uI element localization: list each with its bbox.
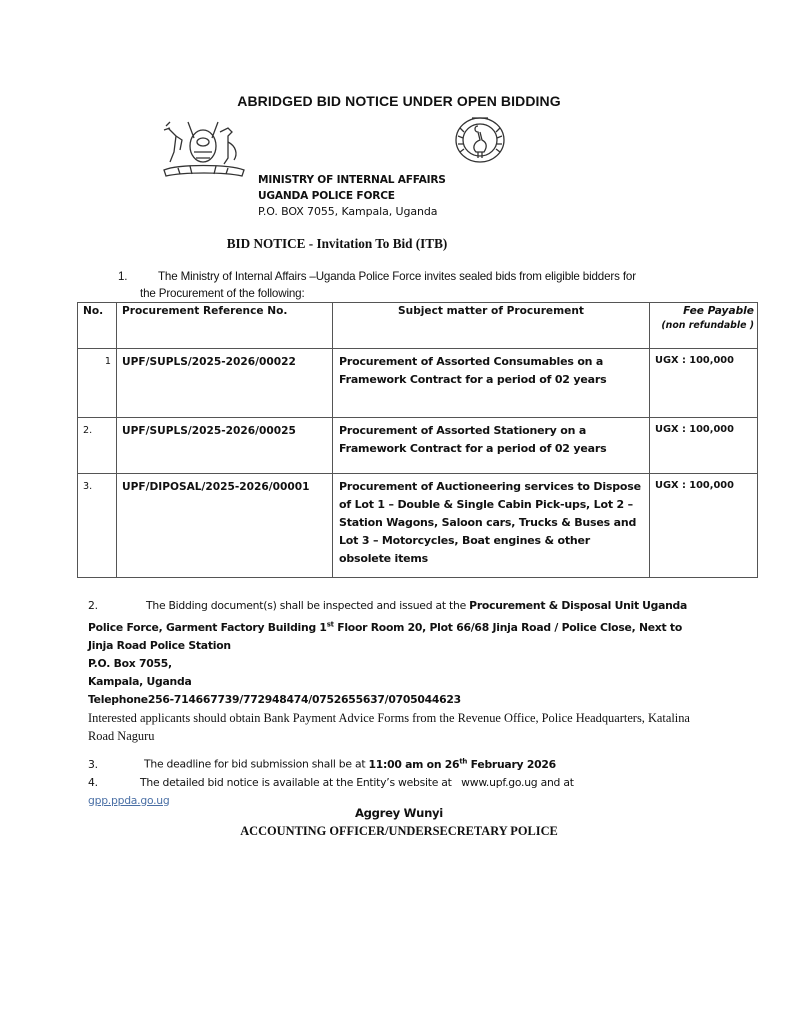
table-row: 3. UPF/DIPOSAL/2025-2026/00001 Procureme… bbox=[78, 474, 758, 578]
row-fee: UGX : 100,000 bbox=[650, 349, 758, 418]
signatory-title: ACCOUNTING OFFICER/UNDERSECRETARY POLICE bbox=[0, 824, 798, 839]
city: Kampala, Uganda bbox=[88, 675, 192, 688]
row-reference: UPF/SUPLS/2025-2026/00025 bbox=[117, 418, 333, 474]
row-subject: Procurement of Auctioneering services to… bbox=[333, 474, 650, 578]
row-number: 2. bbox=[78, 418, 117, 474]
row-subject: Procurement of Assorted Stationery on a … bbox=[333, 418, 650, 474]
paragraph-number: 1. bbox=[118, 268, 158, 285]
floor-superscript: st bbox=[327, 620, 334, 628]
paragraphs-3-4: 3.The deadline for bid submission shall … bbox=[88, 752, 728, 810]
paragraph-number: 2. bbox=[88, 597, 146, 615]
row-reference: UPF/SUPLS/2025-2026/00022 bbox=[117, 349, 333, 418]
header-fee-note: (non refundable ) bbox=[655, 320, 754, 331]
paragraph-3: 3.The deadline for bid submission shall … bbox=[88, 752, 728, 774]
row-reference: UPF/DIPOSAL/2025-2026/00001 bbox=[117, 474, 333, 578]
paragraph-number: 4. bbox=[88, 774, 140, 792]
paragraph-3-text: The deadline for bid submission shall be… bbox=[144, 758, 369, 771]
paragraph-2-intro: The Bidding document(s) shall be inspect… bbox=[146, 599, 469, 612]
deadline-time: 11:00 am on 26 bbox=[369, 758, 460, 771]
organization-block: MINISTRY OF INTERNAL AFFAIRS UGANDA POLI… bbox=[258, 172, 446, 220]
uganda-police-crest-icon bbox=[450, 114, 510, 166]
postal-address: P.O. BOX 7055, Kampala, Uganda bbox=[258, 204, 446, 220]
header-subject: Subject matter of Procurement bbox=[333, 303, 650, 349]
table-row: 1 UPF/SUPLS/2025-2026/00022 Procurement … bbox=[78, 349, 758, 418]
header-fee-label: Fee Payable bbox=[683, 305, 754, 317]
row-number: 3. bbox=[78, 474, 117, 578]
paragraph-1-text: The Ministry of Internal Affairs –Uganda… bbox=[158, 270, 636, 283]
paragraph-2: 2.The Bidding document(s) shall be inspe… bbox=[88, 597, 708, 745]
row-subject: Procurement of Assorted Consumables on a… bbox=[333, 349, 650, 418]
deadline-superscript: th bbox=[459, 757, 467, 765]
po-box: P.O. Box 7055, bbox=[88, 657, 172, 670]
header-no: No. bbox=[78, 303, 117, 349]
header-reference: Procurement Reference No. bbox=[117, 303, 333, 349]
paragraph-number: 3. bbox=[88, 756, 144, 774]
row-number: 1 bbox=[78, 349, 117, 418]
paragraph-1: 1.The Ministry of Internal Affairs –Ugan… bbox=[118, 268, 758, 302]
notice-heading-text: BID NOTICE - Invitation To Bid (ITB) bbox=[227, 236, 448, 251]
deadline: 11:00 am on 26th February 2026 bbox=[369, 758, 556, 771]
paragraph-1-continuation: the Procurement of the following: bbox=[118, 285, 758, 302]
row-fee: UGX : 100,000 bbox=[650, 474, 758, 578]
table-header-row: No. Procurement Reference No. Subject ma… bbox=[78, 303, 758, 349]
deadline-date: February 2026 bbox=[467, 758, 556, 771]
gpp-link[interactable]: gpp.ppda.go.ug bbox=[88, 794, 170, 807]
force-name: UGANDA POLICE FORCE bbox=[258, 188, 446, 204]
header-fee: Fee Payable (non refundable ) bbox=[650, 303, 758, 349]
uganda-coat-of-arms-icon bbox=[158, 118, 250, 182]
telephone: Telephone256-714667739/772948474/0752655… bbox=[88, 693, 461, 706]
procurement-unit: Procurement & Disposal Unit bbox=[469, 599, 639, 612]
table-row: 2. UPF/SUPLS/2025-2026/00025 Procurement… bbox=[78, 418, 758, 474]
procurement-table: No. Procurement Reference No. Subject ma… bbox=[77, 302, 758, 578]
notice-title: ABRIDGED BID NOTICE UNDER OPEN BIDDING bbox=[0, 93, 798, 109]
notice-heading: BID NOTICE - Invitation To Bid (ITB) bbox=[0, 236, 798, 252]
signatory-name: Aggrey Wunyi bbox=[0, 806, 798, 820]
paragraph-4-text: The detailed bid notice is available at … bbox=[140, 776, 574, 789]
row-fee: UGX : 100,000 bbox=[650, 418, 758, 474]
payment-note: Interested applicants should obtain Bank… bbox=[88, 709, 708, 745]
paragraph-4: 4.The detailed bid notice is available a… bbox=[88, 774, 728, 792]
ministry-name: MINISTRY OF INTERNAL AFFAIRS bbox=[258, 172, 446, 188]
